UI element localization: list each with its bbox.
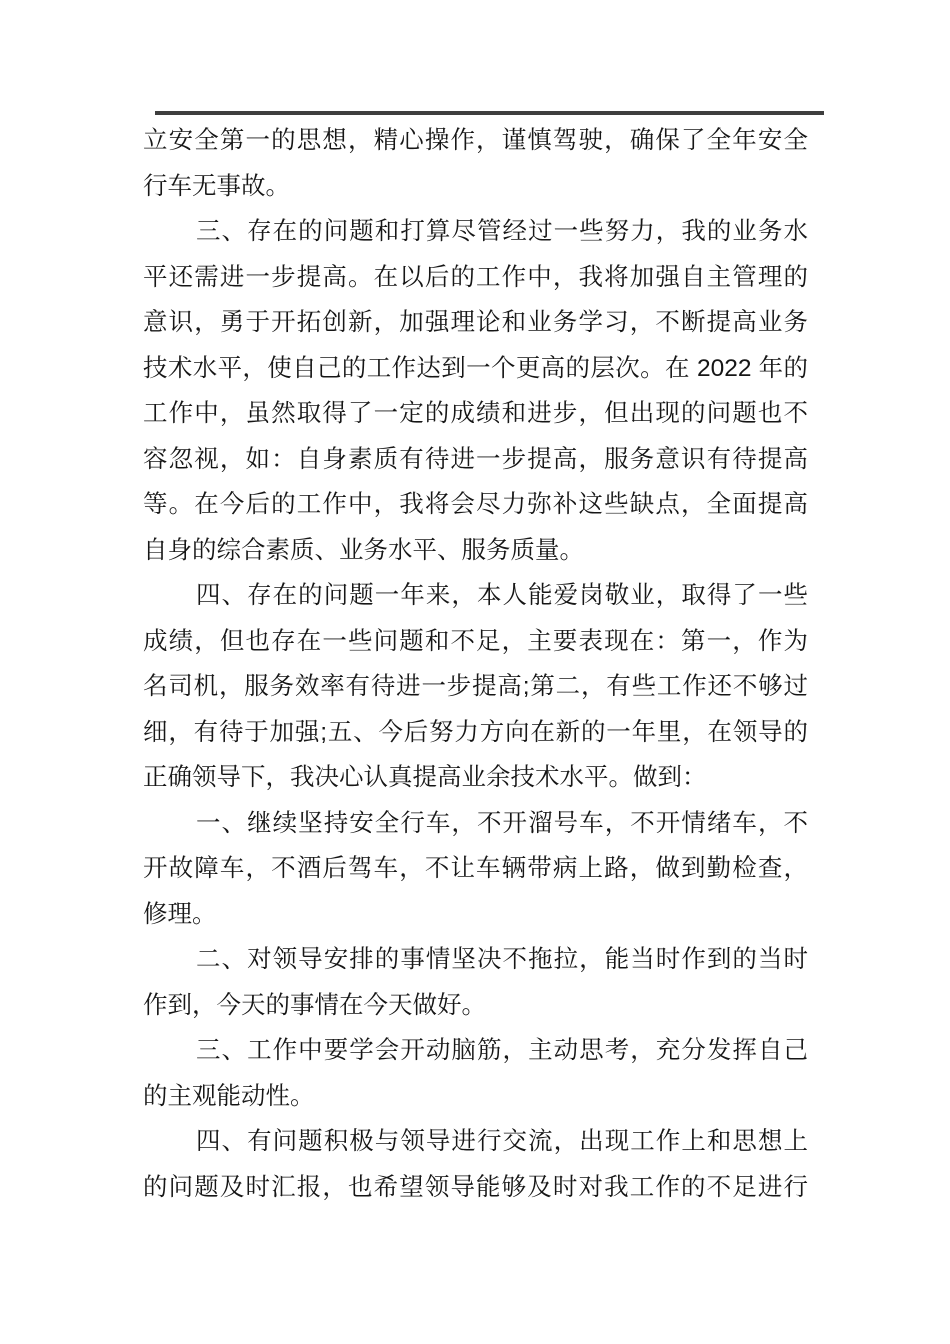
text-line: 成绩，但也存在一些问题和不足，主要表现在：第一，作为 一 bbox=[143, 619, 808, 665]
text-line: 二、对领导安排的事情坚决不拖拉，能当时作到的当时 bbox=[143, 937, 808, 983]
text-line: 四、有问题积极与领导进行交流，出现工作上和思想上 bbox=[143, 1119, 808, 1165]
text-line: 名司机，服务效率有待进一步提高;第二，有些工作还不够过 bbox=[143, 664, 808, 710]
text-line: 意识，勇于开拓创新，加强理论和业务学习，不断提高业务 bbox=[143, 300, 808, 346]
text-line: 一、继续坚持安全行车，不开溜号车，不开情绪车，不 bbox=[143, 801, 808, 847]
document-page: 立安全第一的思想，精心操作，谨慎驾驶，确保了全年安全 行车无事故。 三、存在的问… bbox=[0, 0, 950, 1344]
text-line: 作到，今天的事情在今天做好。 bbox=[143, 983, 808, 1029]
text-line: 行车无事故。 bbox=[143, 164, 808, 210]
text-line: 等。在今后的工作中，我将会尽力弥补这些缺点，全面提高 bbox=[143, 482, 808, 528]
text-line: 的问题及时汇报，也希望领导能够及时对我工作的不足进行 bbox=[143, 1165, 808, 1211]
text-line: 的主观能动性。 bbox=[143, 1074, 808, 1120]
text-line: 平还需进一步提高。在以后的工作中，我将加强自主管理的 bbox=[143, 255, 808, 301]
text-line: 工作中，虽然取得了一定的成绩和进步，但出现的问题也不 bbox=[143, 391, 808, 437]
text-line: 自身的综合素质、业务水平、服务质量。 bbox=[143, 528, 808, 574]
text-line: 开故障车，不酒后驾车，不让车辆带病上路，做到勤检查， 勤 bbox=[143, 846, 808, 892]
text-line: 三、工作中要学会开动脑筋，主动思考，充分发挥自己 bbox=[143, 1028, 808, 1074]
text-line: 正确领导下，我决心认真提高业余技术水平。做到： bbox=[143, 755, 808, 801]
text-line: 修理。 bbox=[143, 892, 808, 938]
document-body: 立安全第一的思想，精心操作，谨慎驾驶，确保了全年安全 行车无事故。 三、存在的问… bbox=[143, 118, 808, 1210]
text-line: 技术水平，使自己的工作达到一个更高的层次。在 2022 年的 bbox=[143, 346, 808, 392]
text-line: 立安全第一的思想，精心操作，谨慎驾驶，确保了全年安全 bbox=[143, 118, 808, 164]
text-line: 三、存在的问题和打算尽管经过一些努力，我的业务水 bbox=[143, 209, 808, 255]
text-line: 容忽视，如：自身素质有待进一步提高，服务意识有待提高 bbox=[143, 437, 808, 483]
text-line: 四、存在的问题一年来，本人能爱岗敬业，取得了一些 bbox=[143, 573, 808, 619]
header-rule bbox=[155, 111, 824, 115]
text-line: 细，有待于加强;五、今后努力方向在新的一年里，在领导的 bbox=[143, 710, 808, 756]
